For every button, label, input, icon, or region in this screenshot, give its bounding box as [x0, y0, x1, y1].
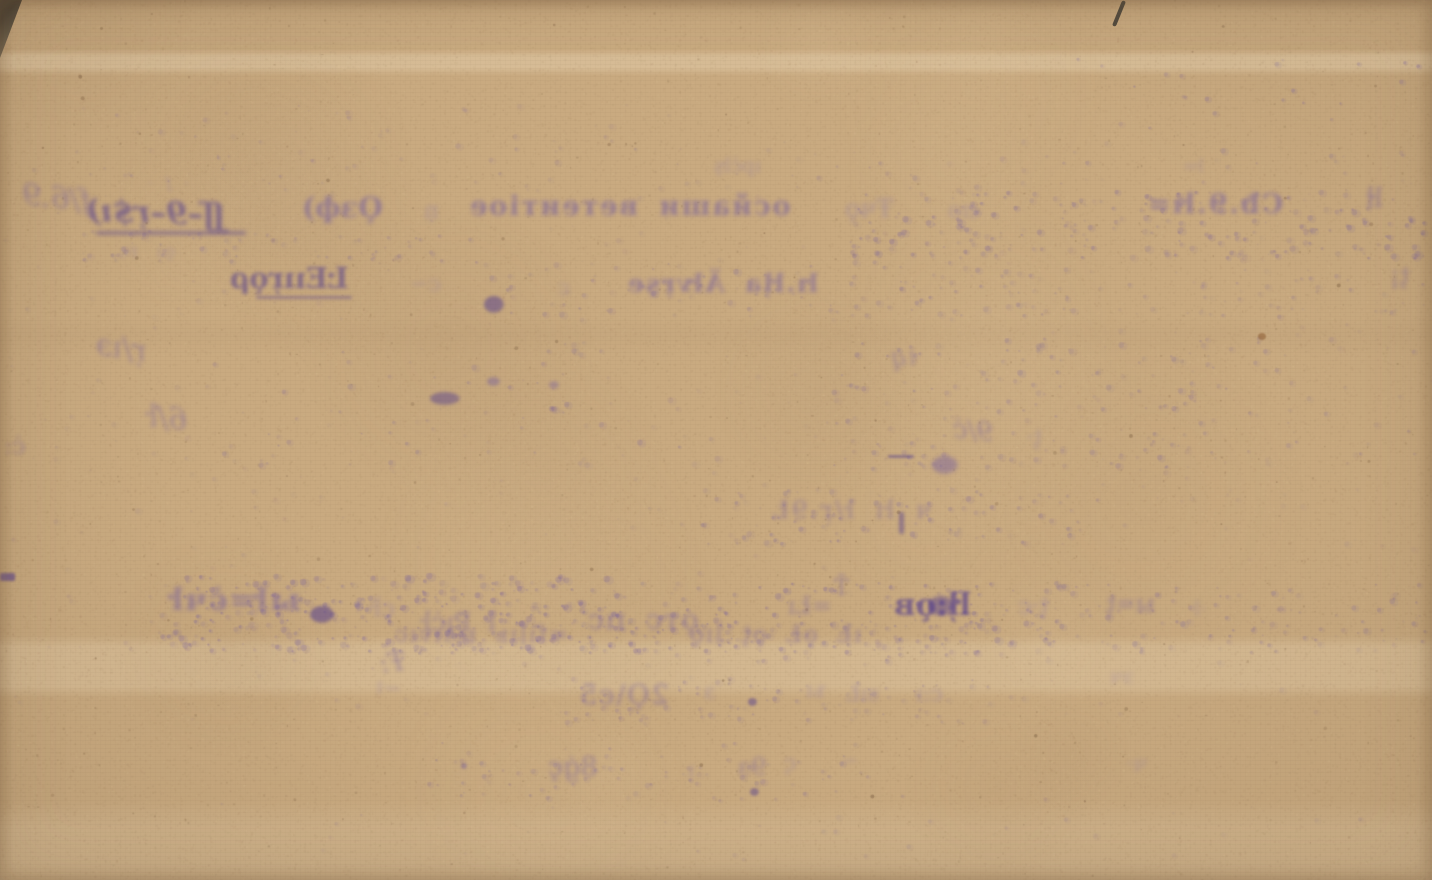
ink-stroke [899, 512, 904, 534]
ink-blot [932, 456, 958, 474]
ink-mark: ы=ţ [1106, 592, 1155, 616]
scanned-document-page: ƒ/6.9ʃʃ–9–ŗ$ı)çı rı· ƒ ·Ǫзф)ņосйаши вете… [0, 0, 1432, 880]
ink-mark: =Łı [788, 594, 832, 618]
ink-mark: по [948, 200, 977, 223]
ink-mark: ţ·с [1018, 594, 1049, 618]
ink-blot [750, 788, 759, 796]
ink-blot [310, 606, 334, 623]
ink-mark: с~ [410, 274, 441, 296]
ink-mark: ıpċŀş [714, 155, 761, 175]
ink-mark: з [704, 682, 716, 704]
ink-edge-dash [0, 573, 15, 581]
ink-mark: ·ŀ [1194, 598, 1207, 618]
ink-mark: 2Ǫ\ϲ5 [578, 682, 669, 709]
ink-mark: =fıļıь ызıvıс [393, 624, 568, 647]
ink-mark: осйаши ветеитіое [468, 193, 790, 220]
ink-mark: ~ı [374, 676, 403, 702]
ink-mark: ч· [1126, 754, 1148, 776]
ink-blot [430, 392, 460, 405]
ink-mark: ņ [424, 200, 439, 223]
ink-mark: с:ı [916, 684, 943, 706]
ink-mark: 8ģç [548, 754, 598, 781]
ink-mark: ŀı.ŀļa Äŀvŗşe [626, 271, 818, 296]
ink-mark: ţ¡ [1390, 264, 1409, 288]
ink-mark: ъı [806, 680, 826, 701]
ink-mark: ыŀ=ċчŀ [170, 586, 300, 616]
ink-mark: ч ŀı ŀ/ŗ.9Ł [770, 498, 932, 522]
ink-mark: Сƀ.9.ŀı= [1146, 191, 1283, 218]
ink-mark: зıŁ [846, 684, 880, 706]
ink-mark: ç [558, 276, 569, 296]
ink-mark: ţ· [1026, 428, 1042, 450]
ink-mark: ı [688, 760, 695, 781]
rust-speck [1258, 333, 1266, 340]
ink-bleed-layer: ƒ/6.9ʃʃ–9–ŗ$ı)çı rı· ƒ ·Ǫзф)ņосйаши вете… [0, 0, 1432, 880]
ink-stroke [96, 231, 246, 235]
ink-blot [928, 596, 954, 616]
ink-mark: ŗ/ıэ [94, 330, 149, 368]
ink-mark: Ŧ: [379, 649, 408, 678]
ink-mark: ƒ/6.9 [21, 180, 93, 217]
ink-mark: ~ [840, 751, 858, 773]
ink-mark: çı rı [118, 244, 175, 261]
ink-mark: Ǫзф) [302, 194, 383, 222]
ink-mark: T̄ [834, 578, 849, 600]
ink-mark: · ƒ · [148, 176, 189, 191]
ink-stroke [888, 455, 914, 458]
ink-mark: зч [1110, 666, 1134, 686]
ink-mark: 6/ŀ [142, 401, 188, 436]
ink-blot [487, 377, 500, 386]
ink-mark: 9з [738, 755, 766, 779]
ink-mark: ʃʃ–9–ŗ$ı) [86, 196, 224, 232]
ink-mark: çŀ· [366, 596, 395, 620]
ink-blot [748, 698, 757, 706]
ink-mark: ς [784, 753, 796, 775]
ink-mark: ŀł [1366, 186, 1383, 212]
ink-stroke [256, 296, 352, 299]
ink-mark: ιq [890, 343, 917, 370]
ink-blot [484, 296, 504, 313]
ink-mark: ĿΕııŗǫρ [230, 264, 348, 293]
ink-blot [549, 381, 559, 389]
ink-mark: ıŁ ǫŁ ǫţ ļıǫ [688, 624, 862, 647]
ink-blot [461, 763, 467, 769]
ink-mark: ǫтс ııс [586, 606, 699, 634]
ink-mark: Ŧчǫ [845, 196, 893, 221]
ink-mark: ŀ= [1183, 158, 1204, 176]
ink-mark: 9/ċ [952, 416, 994, 445]
ink-mark: ċ: [4, 434, 26, 458]
